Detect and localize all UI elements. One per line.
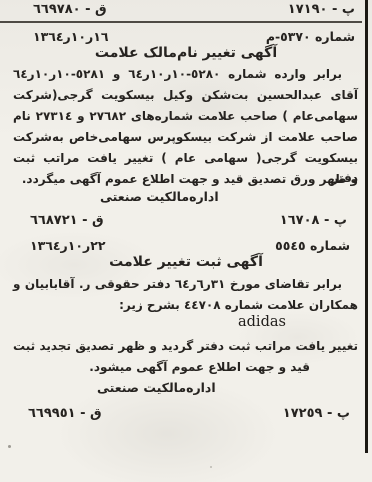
trademark-brand-name: adidas [238,314,286,330]
notice2-body-line: همکاران علامت شماره ٤٤٧٠٨ بشرح زیر: [13,295,358,315]
notice1-title: آگهی تغییر نام‌مالک علامت [0,45,372,61]
notice2-body-line: تغییر یافت مراتب ثبت دفتر گردید و ظهر تص… [13,336,358,356]
prev-footer-q-code: ق - ٦٦٩٧٨٠ [33,2,107,17]
gazette-page: ق - ٦٦٩٧٨٠ پ - ١٧١٩٠ شماره ٥٣٧٠-م ١٦ر١٠ر… [0,0,372,482]
notice1-body-line: سهامی‌عام ) صاحب علامت شماره‌های ٢٧٦٨٢ و… [13,106,358,126]
notice1-q-code: ق - ٦٦٨٧٢١ [30,213,104,228]
notice1-signature: اداره‌مالکیت صنعتی [100,189,219,204]
notice2-serial: شماره ٥٥٤٥ [275,238,350,253]
notice2-body-line: قید و جهت اطلاع عموم آگهی میشود. [13,357,358,377]
notice2-p-code: پ - ١٧٢٥٩ [283,406,350,421]
notice2-signature: اداره‌مالکیت صنعتی [97,380,216,395]
notice2-title: آگهی ثبت تغییر علامت [0,254,372,270]
notice1-serial: شماره ٥٣٧٠-م [266,29,355,44]
scan-speck [8,445,11,448]
scan-speck [210,466,212,468]
prev-footer-p-code: پ - ١٧١٩٠ [288,2,355,17]
section-divider [0,21,362,23]
page-border-line [365,0,368,453]
notice2-body-line: برابر تقاضای مورخ ٣١ر٦ر٦٤ دفتر حقوقی ر. … [13,274,358,294]
notice1-date: ١٦ر١٠ر١٣٦٤ [33,29,108,44]
notice1-p-code: پ - ١٦٧٠٨ [280,213,347,228]
notice2-q-code: ق - ٦٦٩٩٥١ [28,406,102,421]
notice1-body-line: و ظهر ورق تصدیق قید و جهت اطلاع عموم آگه… [13,169,358,189]
notice1-body-line: برابر وارده شماره ٥٢٨٠-١٠ر١٠ر٦٤ و ٥٢٨١-١… [13,64,358,84]
notice1-body-line: صاحب علامت از شرکت بیسکوپرس سهامی‌خاص به… [13,127,358,147]
notice1-body-line: آقای عبدالحسین بت‌شکن وکیل بیسکویت گرجی(… [13,85,358,105]
notice2-date: ٢٢ر١٠ر١٣٦٤ [30,238,105,253]
